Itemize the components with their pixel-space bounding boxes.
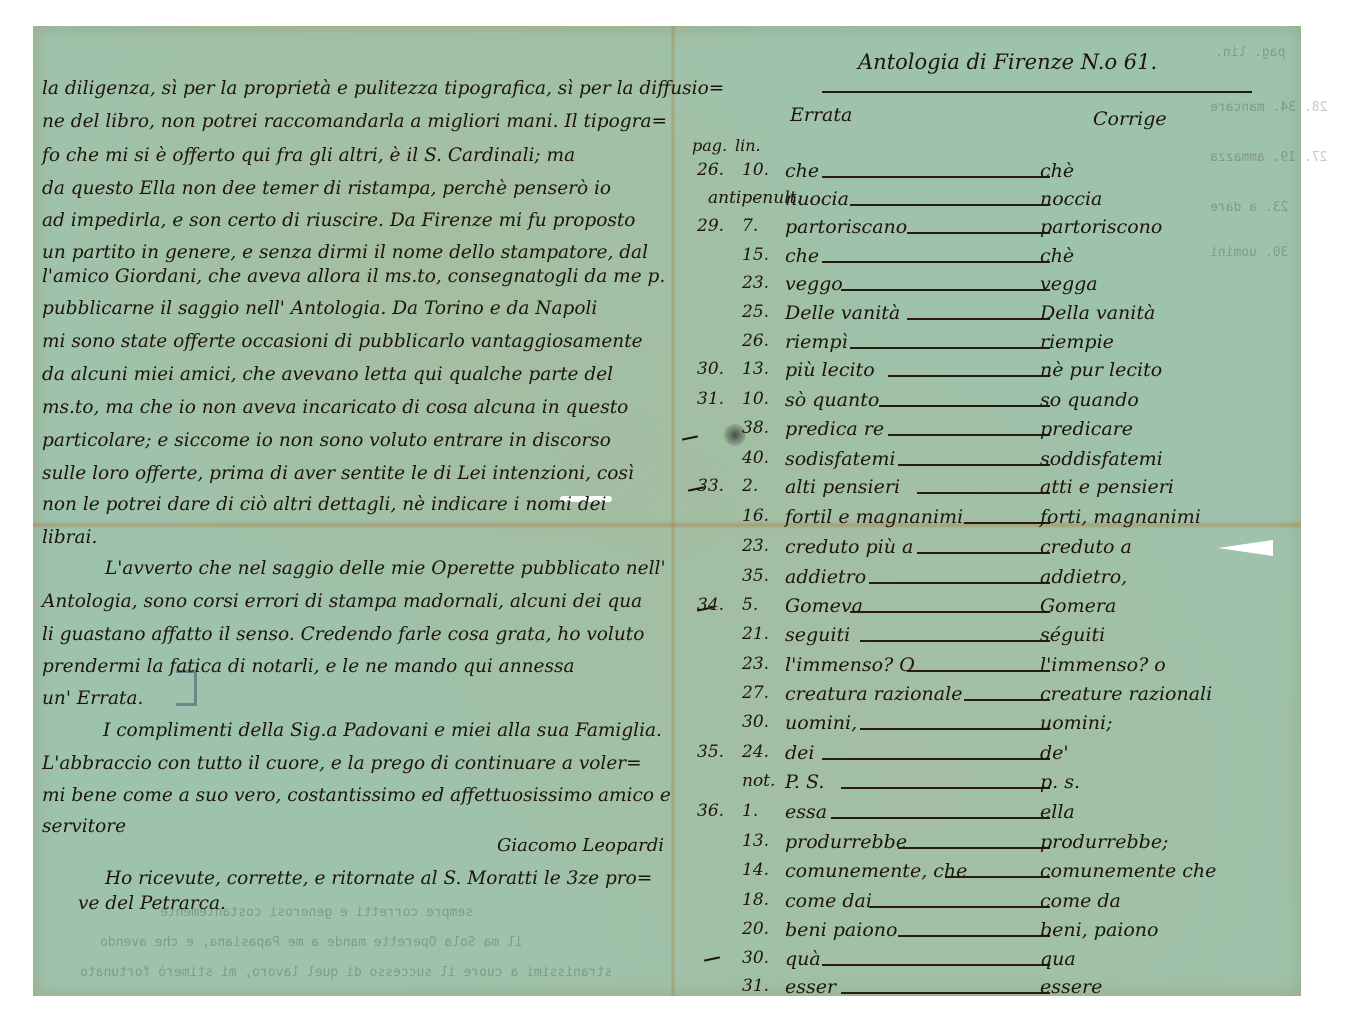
errata-row: 38.predica repredicare [0, 420, 1365, 446]
leader-line [850, 611, 1050, 613]
errata-row: 36.1.essaella [0, 803, 1365, 829]
page-number: 26. [697, 162, 724, 179]
bleed-through-text: 28. 34. mancare [1210, 100, 1327, 115]
line-number: 7. [742, 218, 758, 235]
errata-row: 29.7.partoriscanopartoriscono [0, 218, 1365, 244]
leader-line [822, 758, 1051, 760]
errata-text: partoriscano [785, 218, 907, 237]
line-number: 21. [742, 626, 769, 643]
leader-line [964, 522, 1050, 524]
errata-row: 15.chechè [0, 247, 1365, 273]
line-number: 15. [742, 247, 769, 264]
line-number: 10. [742, 391, 769, 408]
errata-text: addietro [785, 568, 866, 587]
line-number: 23. [742, 656, 769, 673]
errata-row: 30.13.più lecitonè pur lecito [0, 361, 1365, 387]
line-number: 30. [742, 714, 769, 731]
leader-line [850, 347, 1050, 349]
errata-text: veggo [785, 275, 843, 294]
line-number: 24. [742, 744, 769, 761]
errata-text: come dai [785, 892, 872, 911]
corrige-text: creduto a [1040, 538, 1132, 557]
errata-row: 34.5.GomevaGomera [0, 597, 1365, 623]
errata-text: riempì [785, 333, 848, 352]
leader-line [860, 640, 1051, 642]
line-number: 13. [742, 833, 769, 850]
leader-line [917, 492, 1051, 494]
errata-text: uomini, [785, 714, 857, 733]
errata-text: che [785, 162, 819, 181]
line-number: 31. [742, 978, 769, 995]
errata-text: dei [785, 744, 814, 763]
page-number: 29. [697, 218, 724, 235]
leader-line [850, 204, 1050, 206]
corrige-header: Corrige [1093, 110, 1167, 129]
title-underline [822, 91, 1252, 93]
errata-text: sodisfatemi [785, 450, 896, 469]
errata-title: Antologia di Firenze N.o 61. [858, 52, 1157, 73]
line-number: 27. [742, 685, 769, 702]
errata-text: Gomeva [785, 597, 863, 616]
page-number: 31. [697, 391, 724, 408]
corrige-text: essere [1040, 978, 1102, 997]
errata-row: 20.beni paionobeni, paiono [0, 921, 1365, 947]
errata-text: esser [785, 978, 836, 997]
line-number: 1. [742, 803, 758, 820]
leader-line [822, 964, 1051, 966]
leader-line [841, 787, 1051, 789]
line-number: 20. [742, 921, 769, 938]
errata-row: 31.10.sò quantoso quando [0, 391, 1365, 417]
corrige-text: ella [1040, 803, 1075, 822]
corrige-text: soddisfatemi [1040, 450, 1163, 469]
errata-text: quà [785, 950, 821, 969]
line-number: 26. [742, 333, 769, 350]
errata-text: comunemente, che [785, 862, 967, 881]
errata-text: creduto più a [785, 538, 913, 557]
line-number: 40. [742, 450, 769, 467]
errata-text: sò quanto [785, 391, 879, 410]
page-number: 34. [697, 597, 724, 614]
line-number: 30. [742, 950, 769, 967]
page-number: 30. [697, 361, 724, 378]
errata-row: 18.come daicome da [0, 892, 1365, 918]
errata-row: 14.comunemente, checomunemente che [0, 862, 1365, 888]
errata-row: antipenult.nuocianoccia [0, 190, 1365, 216]
leader-line [898, 935, 1051, 937]
line-number: 23. [742, 538, 769, 555]
leader-line [945, 876, 1050, 878]
corrige-text: séguiti [1040, 626, 1105, 645]
line-number: 2. [742, 478, 758, 495]
corrige-text: beni, paiono [1040, 921, 1158, 940]
errata-text: predica re [785, 420, 884, 439]
line-number: 13. [742, 361, 769, 378]
leader-line [860, 728, 1051, 730]
errata-row: 33.2.alti pensieriatti e pensieri [0, 478, 1365, 504]
corrige-text: creature razionali [1040, 685, 1212, 704]
leader-line [822, 176, 1051, 178]
leader-line [907, 232, 1050, 234]
corrige-text: Della vanità [1040, 304, 1155, 323]
errata-row: 35.addietroaddietro, [0, 568, 1365, 594]
corrige-text: so quando [1040, 391, 1139, 410]
corrige-text: come da [1040, 892, 1121, 911]
errata-row: 26.riempìriempie [0, 333, 1365, 359]
corrige-text: predicare [1040, 420, 1133, 439]
corrige-text: noccia [1040, 190, 1102, 209]
errata-text: l'immenso? O [785, 656, 915, 675]
errata-row: 21.seguitiséguiti [0, 626, 1365, 652]
line-column-header: lin. [735, 138, 761, 154]
corrige-text: atti e pensieri [1040, 478, 1174, 497]
leader-line [898, 464, 1051, 466]
page-number: 35. [697, 744, 724, 761]
leader-line [907, 318, 1050, 320]
errata-row: 31.esseressere [0, 978, 1365, 1004]
leader-line [888, 375, 1050, 377]
leader-line [879, 405, 1051, 407]
leader-line [964, 699, 1050, 701]
leader-line [917, 552, 1051, 554]
errata-header: Errata [790, 106, 852, 125]
errata-row: 25.Delle vanitàDella vanità [0, 304, 1365, 330]
errata-text: fortil e magnanimi [785, 508, 963, 527]
leader-line [888, 434, 1050, 436]
errata-text: che [785, 247, 819, 266]
line-number: 10. [742, 162, 769, 179]
errata-row: 26.10.chechè [0, 162, 1365, 188]
errata-row: 23.creduto più acreduto a [0, 538, 1365, 564]
errata-text: seguiti [785, 626, 850, 645]
leader-line [831, 817, 1050, 819]
errata-row: 35.24.deide' [0, 744, 1365, 770]
line-number: 16. [742, 508, 769, 525]
bleed-through-text: pag. lin. [1215, 45, 1285, 60]
corrige-text: chè [1040, 247, 1074, 266]
errata-text: nuocia [785, 190, 849, 209]
errata-text: P. S. [785, 773, 824, 792]
corrige-text: de' [1040, 744, 1069, 763]
line-number: not. [742, 773, 775, 790]
letter-line: ne del libro, non potrei raccomandarla a… [42, 113, 667, 132]
errata-text: più lecito [785, 361, 875, 380]
leader-line [841, 992, 1051, 994]
errata-text: essa [785, 803, 827, 822]
corrige-text: comunemente che [1040, 862, 1216, 881]
errata-text: alti pensieri [785, 478, 900, 497]
errata-row: 16.fortil e magnanimiforti, magnanimi [0, 508, 1365, 534]
corrige-text: produrrebbe; [1040, 833, 1168, 852]
corrige-text: uomini; [1040, 714, 1112, 733]
corrige-text: riempie [1040, 333, 1114, 352]
leader-line [907, 670, 1050, 672]
errata-row: 40.sodisfatemisoddisfatemi [0, 450, 1365, 476]
corrige-text: partoriscono [1040, 218, 1162, 237]
errata-row: 23.l'immenso? Ol'immenso? o [0, 656, 1365, 682]
leader-line [841, 289, 1051, 291]
corrige-text: chè [1040, 162, 1074, 181]
corrige-text: vegga [1040, 275, 1098, 294]
errata-text: Delle vanità [785, 304, 900, 323]
errata-text: creatura razionale [785, 685, 962, 704]
corrige-text: Gomera [1040, 597, 1116, 616]
leader-line [822, 261, 1051, 263]
corrige-text: nè pur lecito [1040, 361, 1162, 380]
errata-text: produrrebbe [785, 833, 907, 852]
leader-line [869, 906, 1050, 908]
corrige-text: qua [1040, 950, 1076, 969]
corrige-text: l'immenso? o [1040, 656, 1166, 675]
corrige-text: addietro, [1040, 568, 1127, 587]
line-number: 25. [742, 304, 769, 321]
errata-row: not.P. S.p. s. [0, 773, 1365, 799]
errata-row: 13.produrrebbeprodurrebbe; [0, 833, 1365, 859]
line-number: 38. [742, 420, 769, 437]
corrige-text: forti, magnanimi [1040, 508, 1201, 527]
letter-line: la diligenza, sì per la proprietà e puli… [42, 80, 724, 99]
page-number: 36. [697, 803, 724, 820]
errata-row: 23.veggovegga [0, 275, 1365, 301]
corrige-text: p. s. [1040, 773, 1080, 792]
page-column-header: pag. [692, 138, 727, 154]
line-number: 5. [742, 597, 758, 614]
leader-line [869, 582, 1050, 584]
errata-row: 30.quàqua [0, 950, 1365, 976]
line-number: 23. [742, 275, 769, 292]
errata-row: 27.creatura razionalecreature razionali [0, 685, 1365, 711]
errata-row: 30.uomini,uomini; [0, 714, 1365, 740]
line-number: 14. [742, 862, 769, 879]
line-number: 18. [742, 892, 769, 909]
leader-line [898, 847, 1051, 849]
line-number: 35. [742, 568, 769, 585]
errata-text: beni paiono [785, 921, 897, 940]
